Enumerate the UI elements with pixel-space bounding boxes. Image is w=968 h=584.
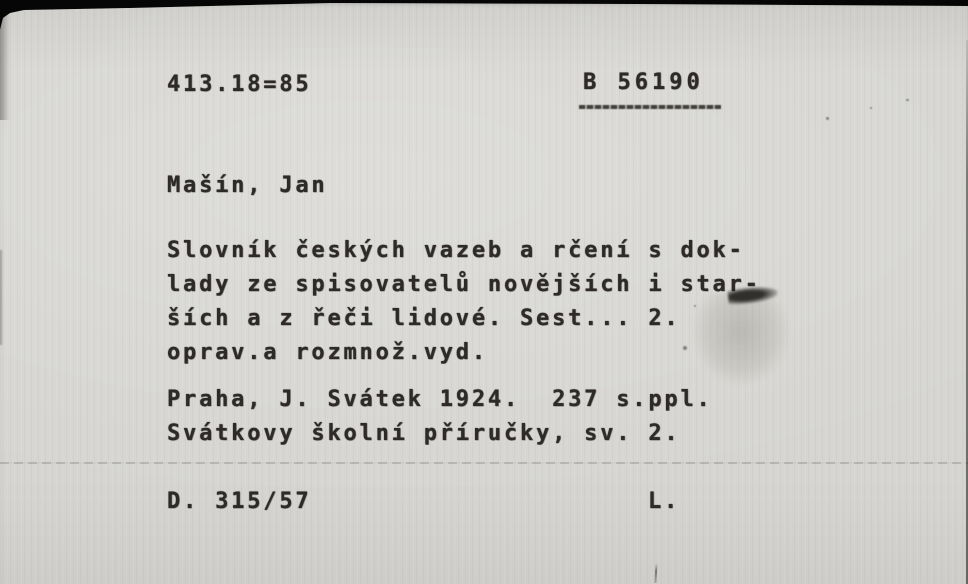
classification-number: 413.18=85	[167, 72, 311, 97]
author-heading: Mašín, Jan	[167, 173, 327, 198]
ink-stain	[693, 293, 789, 385]
card-left-edge-shadow	[0, 10, 10, 120]
title-line: lady ze spisovatelů novějších i star-	[167, 268, 761, 302]
dust-speck	[683, 346, 687, 350]
paper-crease-line	[0, 462, 968, 464]
title-line: Slovník českých vazeb a rčení s dok-	[167, 234, 761, 268]
card-left-edge-shadow	[0, 250, 3, 345]
imprint-line: Svátkovy školní příručky, sv. 2.	[167, 417, 713, 451]
shelf-mark: B 56190	[583, 70, 704, 95]
dust-speck	[694, 305, 696, 307]
cataloguer-initial: L.	[648, 489, 680, 514]
dust-speck	[870, 107, 872, 109]
shelf-mark-underline	[579, 105, 721, 109]
imprint-statement: Praha, J. Svátek 1924. 237 s.ppl. Svátko…	[167, 383, 713, 451]
title-line: oprav.a rozmnož.vyd.	[167, 336, 761, 370]
title-line: ších a z řeči lidové. Sest... 2.	[167, 302, 761, 336]
scanned-catalog-card: 413.18=85 B 56190 Mašín, Jan Slovník čes…	[0, 0, 968, 584]
catalog-card-paper: 413.18=85 B 56190 Mašín, Jan Slovník čes…	[0, 0, 968, 584]
dust-speck	[906, 99, 909, 101]
dust-speck	[826, 117, 829, 120]
accession-number: D. 315/57	[167, 489, 311, 514]
imprint-line: Praha, J. Svátek 1924. 237 s.ppl.	[167, 383, 713, 417]
title-statement: Slovník českých vazeb a rčení s dok- lad…	[167, 234, 761, 370]
